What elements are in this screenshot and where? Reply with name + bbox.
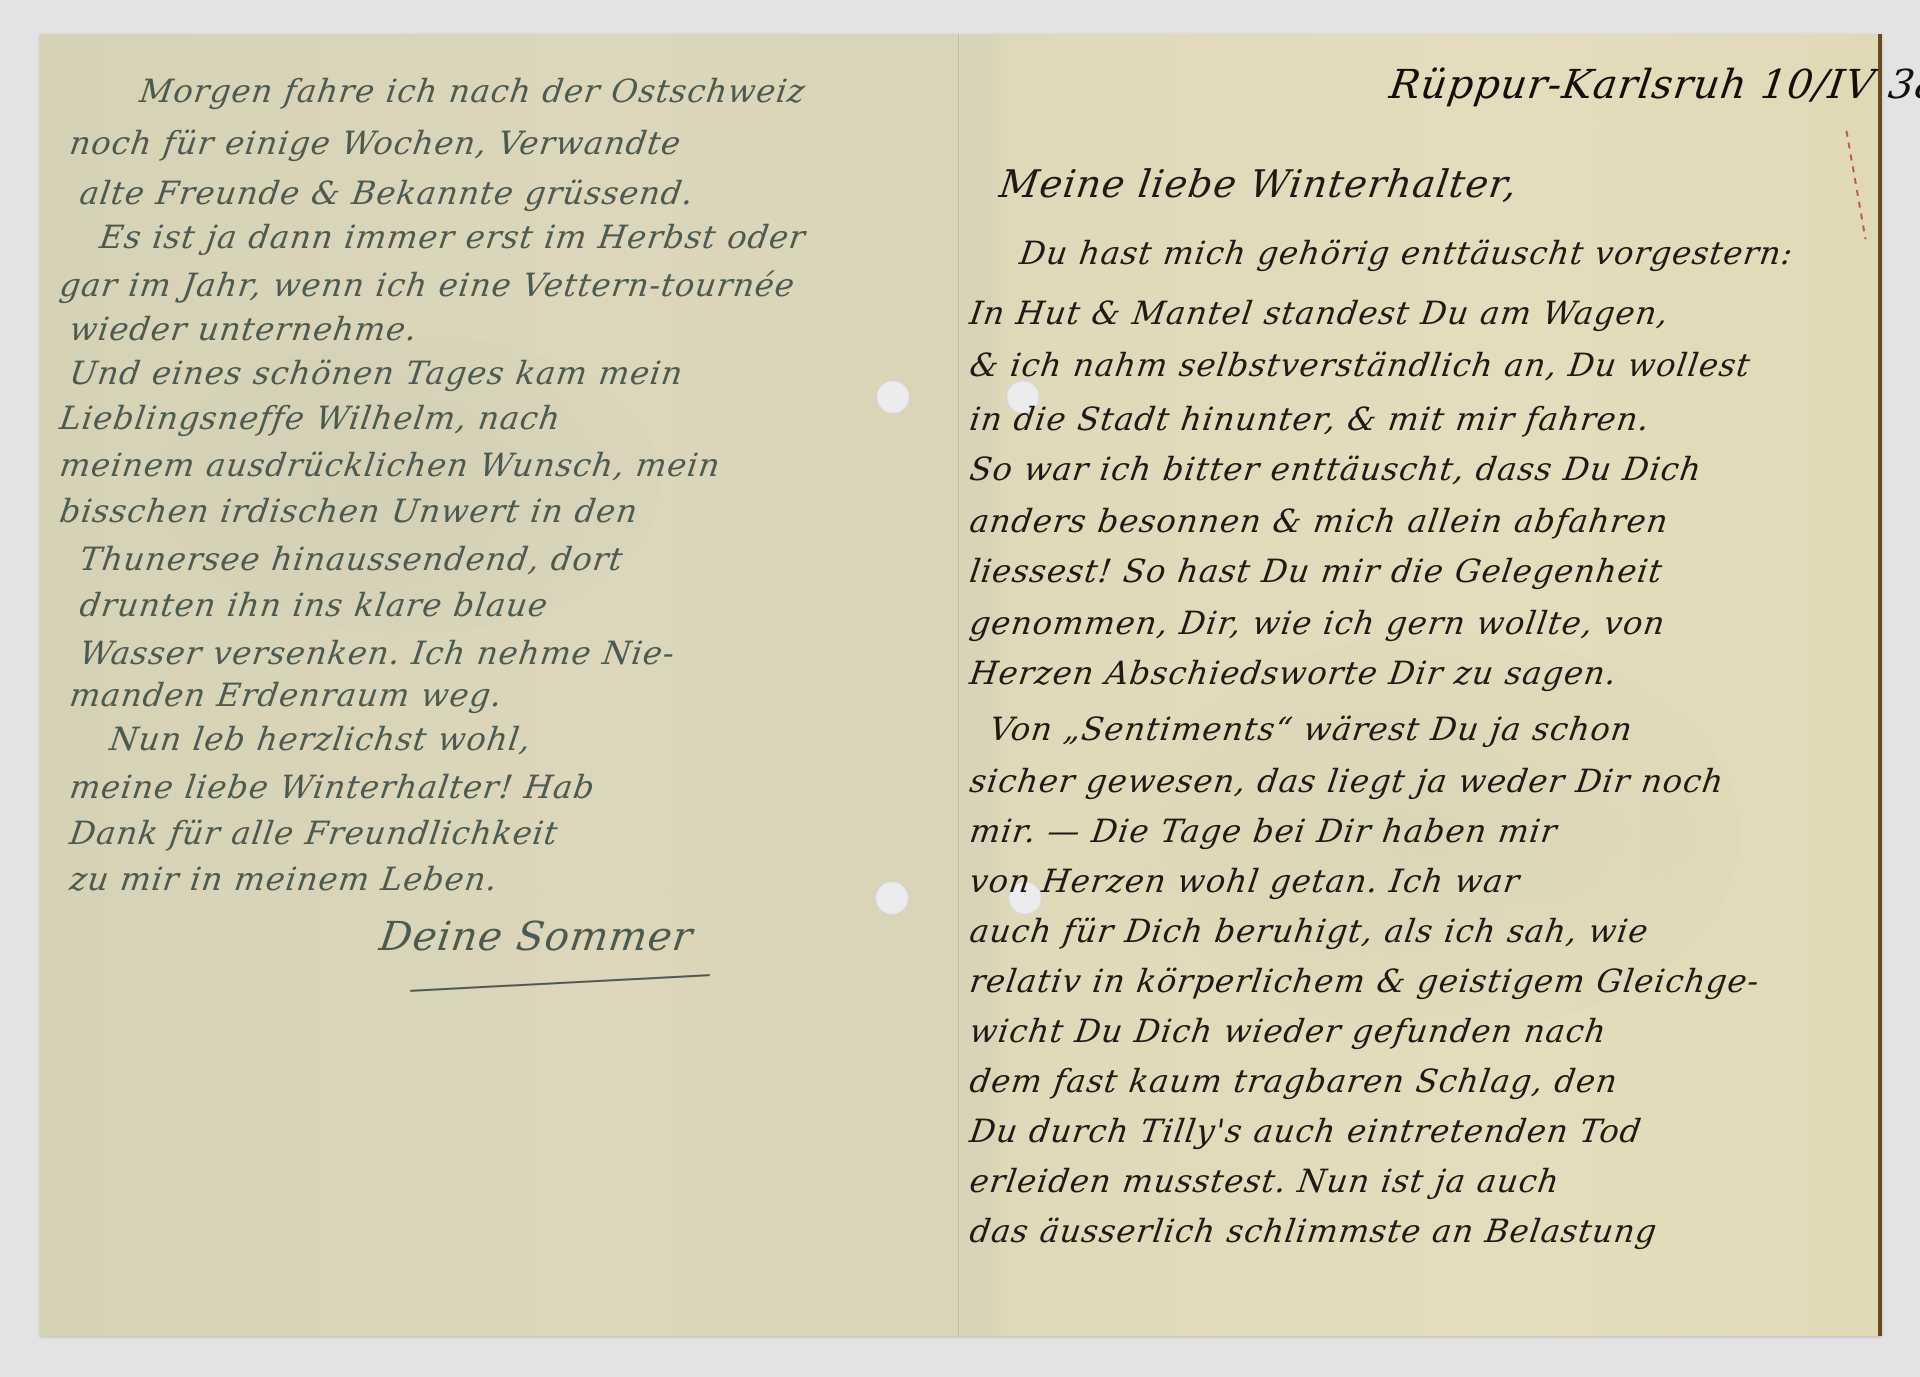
- letter-line: erleiden musstest. Nun ist ja auch: [967, 1162, 1562, 1200]
- letter-line: Es ist ja dann immer erst im Herbst oder: [97, 218, 808, 256]
- letter-line: auch für Dich beruhigt, als ich sah, wie: [967, 912, 1651, 950]
- letter-line: bisschen irdischen Unwert in den: [57, 492, 640, 530]
- letter-line: liessest! So hast Du mir die Gelegenheit: [967, 552, 1665, 590]
- letter-line: Von „Sentiments“ wärest Du ja schon: [987, 710, 1635, 748]
- letter-line: Thunersee hinaussendend, dort: [77, 540, 626, 578]
- letter-line: zu mir in meinem Leben.: [67, 860, 500, 898]
- signature: Deine Sommer: [377, 914, 696, 960]
- letter-line: Du hast mich gehörig enttäuscht vorgeste…: [1017, 234, 1796, 272]
- letter-line: Nun leb herzlichst wohl,: [107, 720, 533, 758]
- left-page: Morgen fahre ich nach der Ostschweiz noc…: [40, 34, 958, 1336]
- letter-line: & ich nahm selbstverständlich an, Du wol…: [967, 346, 1753, 384]
- letter-line: wicht Du Dich wieder gefunden nach: [967, 1012, 1609, 1050]
- letter-line: Dank für alle Freundlichkeit: [67, 814, 560, 852]
- letter-line: Du durch Tilly's auch eintretenden Tod: [967, 1112, 1644, 1150]
- letter-line: das äusserlich schlimmste an Belastung: [967, 1212, 1660, 1250]
- salutation: Meine liebe Winterhalter,: [997, 162, 1521, 206]
- letter-line: wieder unternehme.: [67, 310, 420, 348]
- letter-line: relativ in körperlichem & geistigem Glei…: [967, 962, 1762, 1000]
- letter-line: Morgen fahre ich nach der Ostschweiz: [137, 72, 808, 110]
- letter-line: genommen, Dir, wie ich gern wollte, von: [967, 604, 1668, 642]
- letter-line: drunten ihn ins klare blaue: [77, 586, 550, 624]
- letter-line: Lieblingsneffe Wilhelm, nach: [57, 399, 563, 437]
- letter-line: Wasser versenken. Ich nehme Nie-: [77, 634, 677, 672]
- letter-line: noch für einige Wochen, Verwandte: [67, 124, 684, 162]
- letter-line: Herzen Abschiedsworte Dir zu sagen.: [967, 654, 1619, 692]
- signature-underline: [410, 974, 710, 992]
- letter-line: mir. — Die Tage bei Dir haben mir: [967, 812, 1560, 850]
- letter-line: alte Freunde & Bekannte grüssend.: [77, 174, 696, 212]
- letter-line: gar im Jahr, wenn ich eine Vettern-tourn…: [57, 266, 797, 304]
- letter-line: anders besonnen & mich allein abfahren: [967, 502, 1671, 540]
- letter-line: dem fast kaum tragbaren Schlag, den: [967, 1062, 1620, 1100]
- letter-line: sicher gewesen, das liegt ja weder Dir n…: [967, 762, 1726, 800]
- letter-line: So war ich bitter enttäuscht, dass Du Di…: [967, 450, 1704, 488]
- letter-line: Und eines schönen Tages kam mein: [67, 354, 685, 392]
- letter-line: von Herzen wohl getan. Ich war: [967, 862, 1522, 900]
- letter-line: In Hut & Mantel standest Du am Wagen,: [967, 294, 1671, 332]
- letter-sheet: Morgen fahre ich nach der Ostschweiz noc…: [40, 34, 1882, 1336]
- letter-line: meinem ausdrücklichen Wunsch, mein: [57, 446, 723, 484]
- place-date-header: Rüppur-Karlsruh 10/IV 38: [1387, 62, 1920, 108]
- letter-line: meine liebe Winterhalter! Hab: [67, 768, 597, 806]
- right-page: Rüppur-Karlsruh 10/IV 38 Meine liebe Win…: [960, 34, 1878, 1336]
- letter-line: manden Erdenraum weg.: [67, 676, 505, 714]
- letter-line: in die Stadt hinunter, & mit mir fahren.: [967, 400, 1652, 438]
